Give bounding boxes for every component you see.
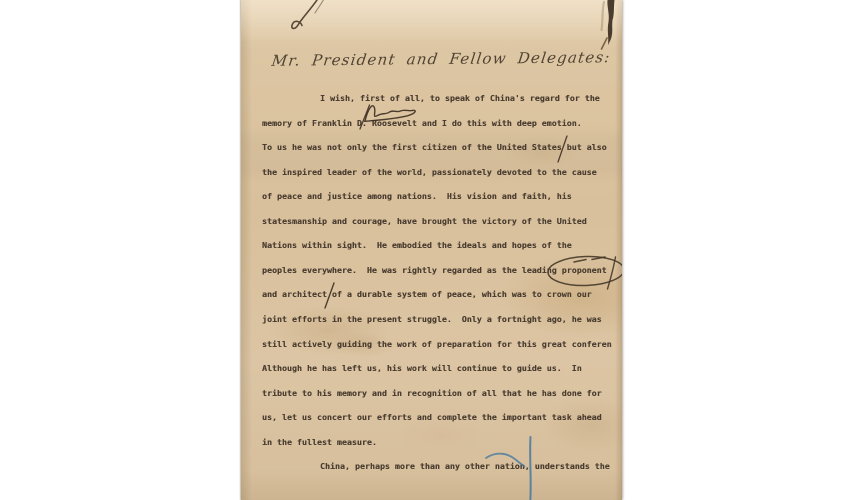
typed-line: China, perhaps more than any other natio… [320,461,610,472]
proponent-dash-2-icon [592,257,605,260]
typed-line: peoples everywhere. He was rightly regar… [262,265,607,276]
scan-background: Mr. President and Fellow Delegates: I wi… [0,0,858,500]
typed-line: us, let us concert our efforts and compl… [262,412,602,423]
typed-line: Nations within sight. He embodied the id… [262,240,572,251]
typed-line: in the fullest measure. [262,437,377,448]
typed-line: still actively guiding the work of prepa… [262,339,612,350]
proponent-slash-icon [608,257,616,289]
typed-line: Although he has left us, his work will c… [262,363,582,374]
handwritten-salutation: Mr. President and Fellow Delegates: [271,48,612,70]
typed-line: statesmanship and courage, have brought … [262,216,587,227]
document-page: Mr. President and Fellow Delegates: I wi… [241,0,622,500]
typed-line: of peace and justice among nations. His … [262,191,572,202]
tear-mark-top-right-icon [607,0,614,45]
typed-line: the inspired leader of the world, passio… [262,167,597,178]
typed-line: and architect of a durable system of pea… [262,289,592,300]
hook-loop-secondary-stroke-icon [315,0,325,13]
typed-line: joint efforts in the present struggle. O… [262,314,602,325]
typed-line: To us he was not only the first citizen … [262,142,607,153]
typed-line: memory of Franklin D. Roosevelt and I do… [262,118,582,129]
typed-line: tribute to his memory and in recognition… [262,388,602,399]
tear-mark-shadow-icon [602,2,605,30]
typed-line: I wish, first of all, to speak of China'… [320,93,600,104]
hook-loop-ink-mark-icon [292,0,319,28]
proponent-dash-1-icon [574,260,586,263]
